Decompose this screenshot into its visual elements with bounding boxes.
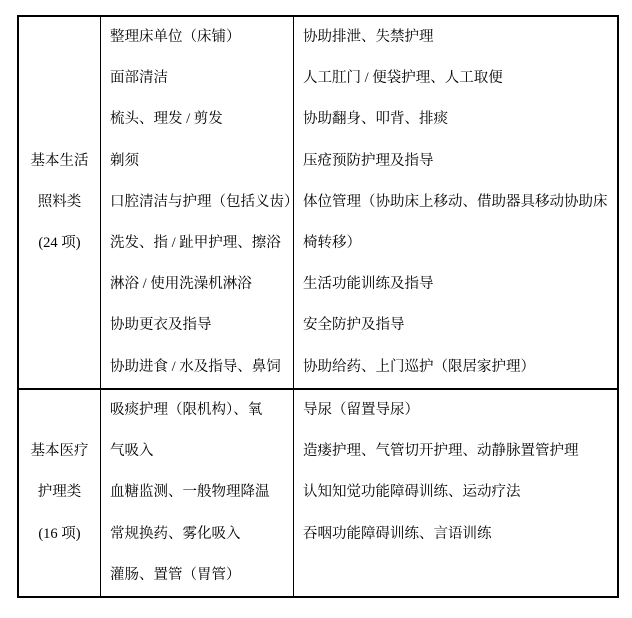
category-cell-basic-life-care: 基本生活 照料类 (24 项) — [19, 17, 101, 388]
table-row-basic-medical-care: 基本医疗 护理类 (16 项) 吸痰护理（限机构）、氧 气吸入 血糖监测、一般物… — [19, 390, 617, 596]
service-item-line: 协助排泄、失禁护理 — [303, 17, 617, 58]
service-item-line: 吞咽功能障碍训练、言语训练 — [303, 514, 617, 555]
service-item-line: 生活功能训练及指导 — [303, 264, 617, 305]
service-item-line: 灌肠、置管（胃管） — [110, 555, 293, 596]
service-item-line: 剃须 — [110, 141, 293, 182]
service-item-line: 安全防护及指导 — [303, 305, 617, 346]
service-item-line: 血糖监测、一般物理降温 — [110, 472, 293, 513]
service-items-right-column: 导尿（留置导尿） 造瘘护理、气管切开护理、动静脉置管护理 认知知觉功能障碍训练、… — [294, 390, 617, 596]
service-item-line: 淋浴 / 使用洗澡机淋浴 — [110, 264, 293, 305]
service-item-line: 协助进食 / 水及指导、鼻饲 — [110, 347, 293, 388]
category-cell-basic-medical-care: 基本医疗 护理类 (16 项) — [19, 390, 101, 596]
service-item-line: 导尿（留置导尿） — [303, 390, 617, 431]
service-item-line: 造瘘护理、气管切开护理、动静脉置管护理 — [303, 431, 617, 472]
table-row-basic-life-care: 基本生活 照料类 (24 项) 整理床单位（床铺） 面部清洁 梳头、理发 / 剪… — [19, 17, 617, 390]
category-label-line: 护理类 — [38, 472, 82, 513]
service-item-line: 整理床单位（床铺） — [110, 17, 293, 58]
service-item-line: 协助翻身、叩背、排痰 — [303, 99, 617, 140]
category-label-line: 基本医疗 — [31, 431, 89, 472]
service-item-line: 洗发、指 / 趾甲护理、擦浴 — [110, 223, 293, 264]
service-items-middle-column: 吸痰护理（限机构）、氧 气吸入 血糖监测、一般物理降温 常规换药、雾化吸入 灌肠… — [101, 390, 294, 596]
service-items-middle-column: 整理床单位（床铺） 面部清洁 梳头、理发 / 剪发 剃须 口腔清洁与护理（包括义… — [101, 17, 294, 388]
service-item-line: 口腔清洁与护理（包括义齿） — [110, 182, 293, 223]
service-item-line: 吸痰护理（限机构）、氧 — [110, 390, 293, 431]
category-label-line: 基本生活 — [31, 141, 89, 182]
service-item-line: 面部清洁 — [110, 58, 293, 99]
service-item-line: 协助更衣及指导 — [110, 305, 293, 346]
service-item-line: 体位管理（协助床上移动、借助器具移动协助床 — [303, 182, 617, 223]
service-item-line: 压疮预防护理及指导 — [303, 141, 617, 182]
service-item-line: 常规换药、雾化吸入 — [110, 514, 293, 555]
service-item-line: 椅转移） — [303, 223, 617, 264]
service-item-line: 协助给药、上门巡护（限居家护理） — [303, 347, 617, 388]
service-item-line: 梳头、理发 / 剪发 — [110, 99, 293, 140]
service-item-line: 人工肛门 / 便袋护理、人工取便 — [303, 58, 617, 99]
category-label-line: 照料类 — [38, 182, 82, 223]
category-count-line: (16 项) — [38, 514, 80, 555]
service-table: 基本生活 照料类 (24 项) 整理床单位（床铺） 面部清洁 梳头、理发 / 剪… — [17, 15, 619, 598]
service-item-line: 认知知觉功能障碍训练、运动疗法 — [303, 472, 617, 513]
service-items-right-column: 协助排泄、失禁护理 人工肛门 / 便袋护理、人工取便 协助翻身、叩背、排痰 压疮… — [294, 17, 617, 388]
service-item-line: 气吸入 — [110, 431, 293, 472]
category-count-line: (24 项) — [38, 223, 80, 264]
